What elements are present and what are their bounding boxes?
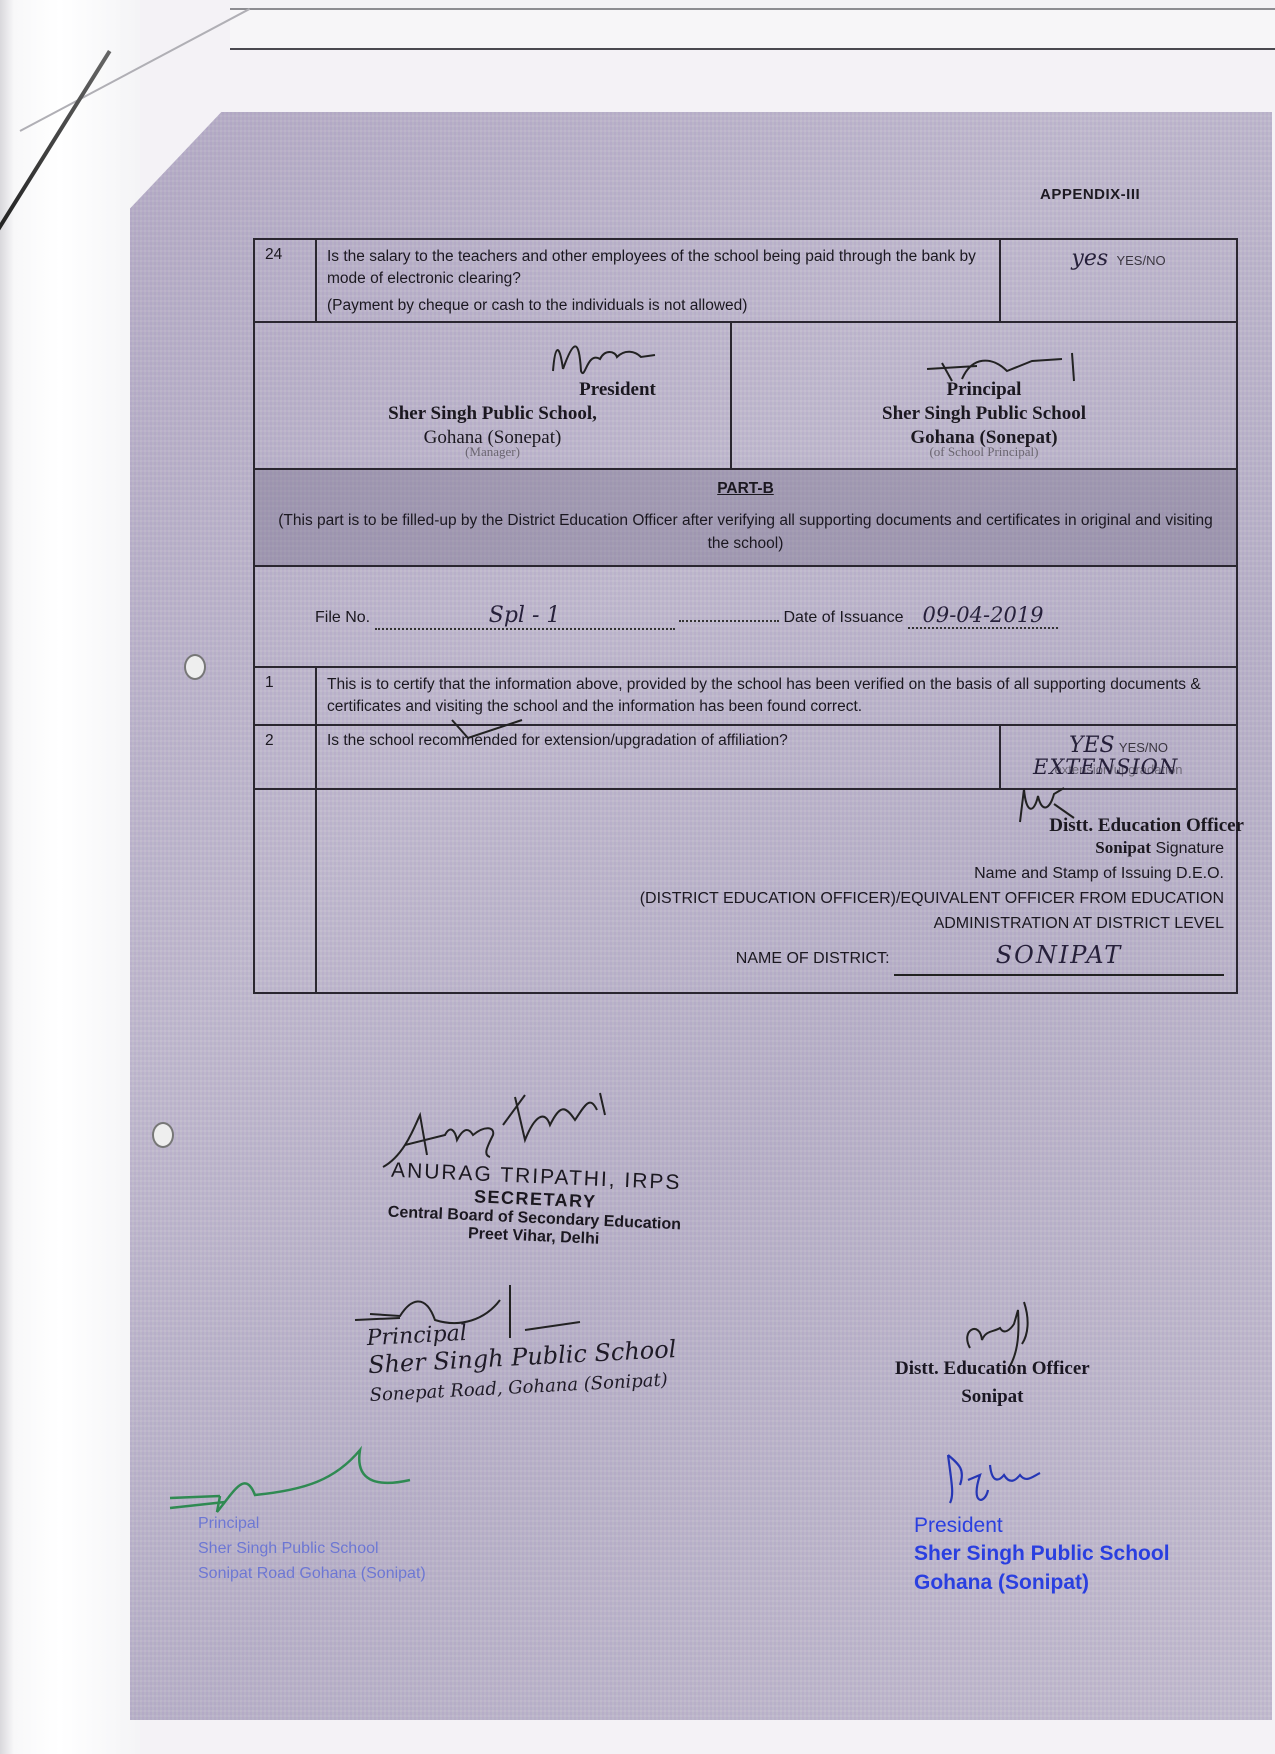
tick-mark-icon [448, 716, 528, 742]
deo-attestation-stamp: Distt. Education Officer Sonipat [895, 1355, 1090, 1410]
handwritten-answer: yes [1071, 246, 1108, 271]
deo-signature-row: Distt. Education Officer Sonipat Signatu… [254, 789, 1237, 993]
item-number: 1 [254, 667, 316, 724]
principal-blue-org: Sher Singh Public School [198, 1537, 426, 1562]
principal-blue-title: Principal [198, 1512, 426, 1537]
item-24-question: Is the salary to the teachers and other … [316, 239, 1000, 322]
deo-description-line: (DISTRICT EDUCATION OFFICER)/EQUIVALENT … [329, 887, 1224, 912]
part-b-header-row: PART-B (This part is to be filled-up by … [254, 469, 1237, 566]
file-no-label: File No. [315, 609, 370, 626]
part-b-item-2-row: 2 Is the school recommended for extensio… [254, 725, 1237, 789]
principal-underlying-print: (of School Principal) [732, 444, 1236, 460]
deo-signature-icon [1014, 784, 1084, 824]
president-title: President [255, 378, 730, 402]
appendix-heading: APPENDIX-III [1040, 186, 1140, 203]
principal-attestation-stamp: Principal Sher Singh Public School Sonep… [366, 1310, 678, 1406]
part-b-item-1-row: 1 This is to certify that the informatio… [254, 667, 1237, 724]
president-org: Sher Singh Public School, [255, 402, 730, 426]
part-b-heading: PART-B [269, 480, 1222, 498]
president-blue-org: Sher Singh Public School [914, 1540, 1170, 1568]
printed-options: YES/NO [1119, 740, 1168, 755]
item-number: 24 [254, 239, 316, 322]
principal-org: Sher Singh Public School [732, 402, 1236, 426]
punch-hole [152, 1122, 174, 1148]
deo-place: Sonipat [895, 1383, 1090, 1411]
item-24-answer: yes YES/NO [1000, 239, 1237, 322]
affiliation-form-table: 24 Is the salary to the teachers and oth… [253, 238, 1238, 994]
president-blue-signature-icon [940, 1445, 1050, 1515]
folded-page-edge [230, 8, 1275, 50]
date-of-issuance-label: Date of Issuance [783, 609, 903, 626]
president-blue-title: President [914, 1512, 1170, 1540]
punch-hole [184, 654, 206, 680]
president-signature-icon [545, 331, 665, 381]
date-of-issuance-value: 09-04-2019 [922, 603, 1043, 627]
printed-options: YES/NO [1116, 253, 1165, 268]
principal-stamp-part-a: Principal Sher Singh Public School Gohan… [732, 323, 1236, 468]
deo-description-line: ADMINISTRATION AT DISTRICT LEVEL [329, 912, 1224, 937]
item-24-row: 24 Is the salary to the teachers and oth… [254, 239, 1237, 322]
principal-green-signature-icon [165, 1440, 415, 1520]
file-no-row: File No. Spl - 1 Date of Issuance 09-04-… [254, 566, 1237, 667]
item-number: 2 [254, 725, 316, 789]
recommendation-answer: YES YES/NO extension/upgradation EXTENSI… [1000, 725, 1237, 789]
name-stamp-label: Name and Stamp of Issuing D.E.O. [329, 862, 1224, 887]
district-value: SONIPAT [996, 941, 1123, 969]
handwritten-sub-answer: EXTENSION [1033, 754, 1178, 781]
scanner-margin [0, 0, 140, 1754]
president-stamp: President Sher Singh Public School, Goha… [255, 323, 732, 468]
question-note: (Payment by cheque or cash to the indivi… [327, 297, 989, 315]
principal-title: Principal [732, 378, 1236, 402]
district-label: NAME OF DISTRICT: [736, 950, 890, 967]
principal-blue-place: Sonipat Road Gohana (Sonipat) [198, 1562, 426, 1587]
president-blue-stamp: President Sher Singh Public School Gohan… [914, 1512, 1170, 1597]
recommendation-question: Is the school recommended for extension/… [316, 725, 1000, 789]
secretary-stamp: ANURAG TRIPATHI, IRPS SECRETARY Central … [363, 1158, 706, 1254]
president-blue-place: Gohana (Sonipat) [914, 1569, 1170, 1597]
signature-label: Signature [1156, 840, 1225, 857]
file-no-value: Spl - 1 [489, 603, 561, 628]
president-underlying-print: (Manager) [255, 444, 730, 460]
deo-title: Distt. Education Officer [895, 1355, 1090, 1383]
deo-signature-block: Distt. Education Officer Sonipat Signatu… [316, 789, 1237, 993]
question-text: Is the salary to the teachers and other … [327, 246, 989, 289]
principal-blue-stamp: Principal Sher Singh Public School Sonip… [198, 1512, 426, 1586]
deo-stamp-place: Sonipat [1095, 838, 1151, 857]
part-a-signatures-row: President Sher Singh Public School, Goha… [254, 322, 1237, 469]
part-b-instruction: (This part is to be filled-up by the Dis… [269, 510, 1222, 555]
